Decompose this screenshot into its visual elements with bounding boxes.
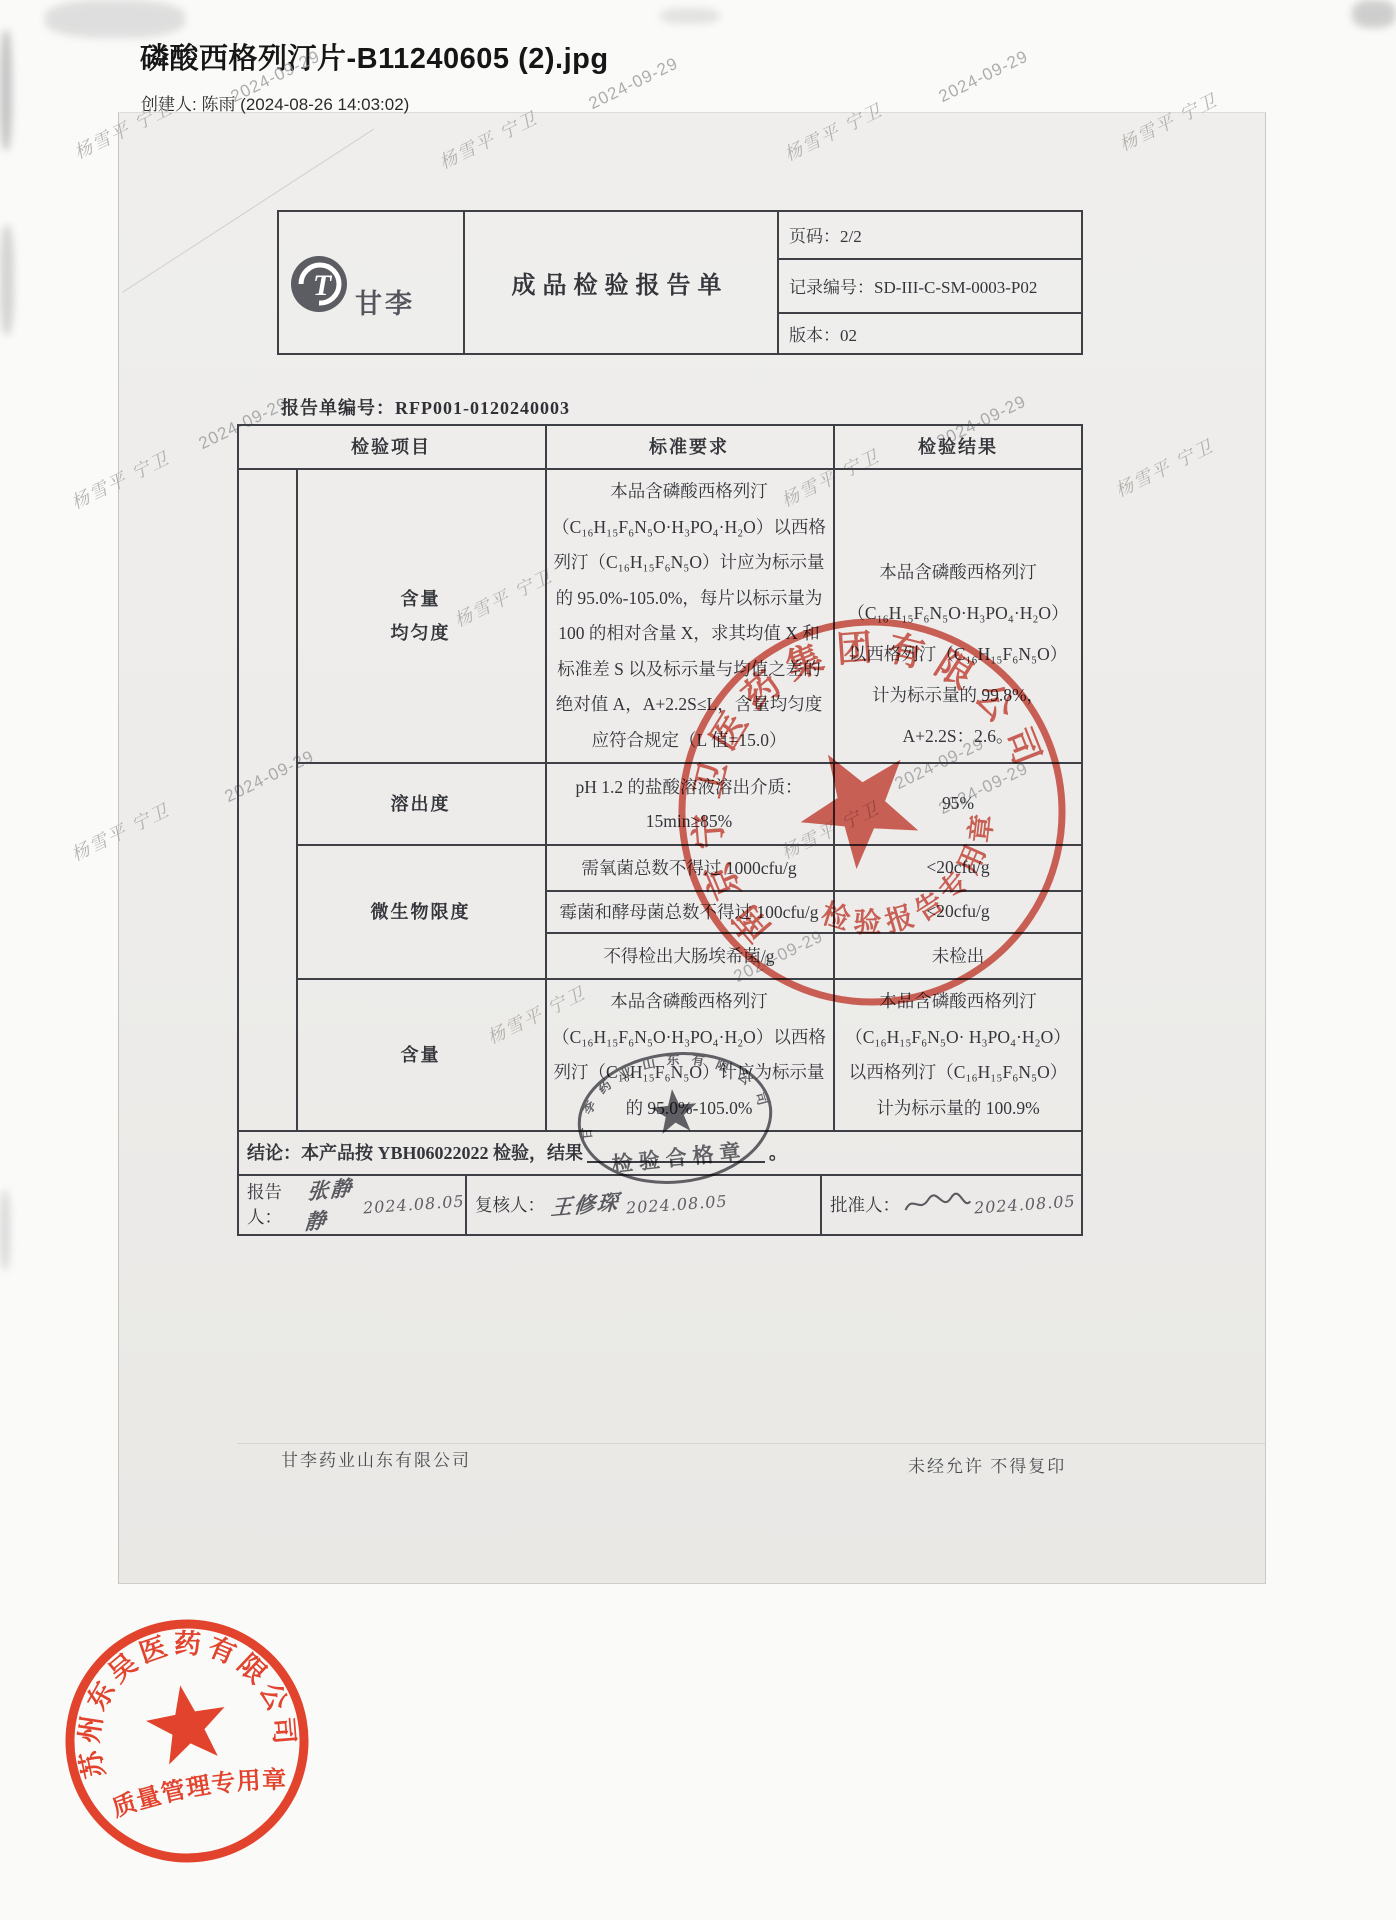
item-dissolution: 溶出度 bbox=[296, 762, 545, 844]
reviewer-date: 2024.08.05 bbox=[625, 1191, 728, 1217]
approver-label: 批准人： bbox=[830, 1192, 900, 1217]
scan-smudge bbox=[0, 1190, 10, 1270]
svg-text:苏州东吴医药有限公司: 苏州东吴医药有限公司 bbox=[56, 1610, 302, 1786]
conclusion-text: 结论：本产品按 YBH06022022 检验，结果 bbox=[247, 1139, 583, 1165]
scan-smudge bbox=[1352, 0, 1396, 28]
approver-date: 2024.08.05 bbox=[973, 1191, 1076, 1217]
approver-cell: 批准人： 2024.08.05 bbox=[820, 1174, 1083, 1234]
scan-smudge bbox=[0, 30, 12, 150]
standard-mold-yeast: 霉菌和酵母菌总数不得过 100cfu/g bbox=[545, 890, 833, 932]
standard-aerobic: 需氧菌总数不得过 1000cfu/g bbox=[545, 844, 833, 890]
footer-notice: 未经允许 不得复印 bbox=[908, 1452, 1066, 1477]
item-assay: 含量 bbox=[296, 978, 545, 1130]
svg-text:T: T bbox=[313, 269, 333, 302]
reporter-date: 2024.08.05 bbox=[363, 1191, 466, 1217]
result-assay: 本品含磷酸西格列汀 （C₁₆H₁₅F₆N₅O· H₃PO₄·H₂O） 以西格列汀… bbox=[833, 978, 1083, 1130]
result-dissolution: 95% bbox=[833, 762, 1083, 844]
ganli-logo-icon: T bbox=[289, 254, 349, 314]
version-number: 版本：02 bbox=[777, 312, 1083, 355]
standard-assay: 本品含磷酸西格列汀 （C₁₆H₁₅F₆N₅O·H₃PO₄·H₂O）以西格 列汀（… bbox=[545, 978, 833, 1130]
approver-signature bbox=[902, 1189, 972, 1219]
file-title: 磷酸西格列汀片-B11240605 (2).jpg bbox=[140, 36, 609, 77]
standard-ecoli: 不得检出大肠埃希菌/g bbox=[545, 932, 833, 978]
reporter-label: 报告人： bbox=[247, 1179, 300, 1229]
page-number: 页码：2/2 bbox=[777, 210, 1083, 258]
file-creator-line: 创建人: 陈雨 (2024-08-26 14:03:02) bbox=[141, 90, 409, 115]
reviewer-label: 复核人： bbox=[475, 1192, 545, 1217]
standard-content-uniformity: 本品含磷酸西格列汀 （C₁₆H₁₅F₆N₅O·H₃PO₄·H₂O）以西格 列汀（… bbox=[545, 468, 833, 762]
scan-smudge bbox=[0, 225, 14, 335]
item-microbial: 微生物限度 bbox=[296, 844, 545, 978]
quality-management-stamp: 苏州东吴医药有限公司 质量管理专用章 bbox=[52, 1606, 322, 1876]
scan-smudge bbox=[660, 8, 720, 24]
record-number: 记录编号：SD-III-C-SM-0003-P02 bbox=[777, 258, 1083, 312]
logo-text: 甘李 bbox=[355, 282, 415, 321]
logo-cell: T 甘李 bbox=[277, 210, 463, 355]
standard-dissolution: pH 1.2 的盐酸溶液溶出介质： 15min≥85% bbox=[545, 762, 833, 844]
report-number: 报告单编号：RFP001-0120240003 bbox=[281, 394, 570, 420]
footer-company: 甘李药业山东有限公司 bbox=[281, 1446, 471, 1471]
reporter-signature: 张静静 bbox=[303, 1171, 360, 1236]
reviewer-cell: 复核人： 王修琛 2024.08.05 bbox=[465, 1174, 820, 1234]
svg-text:质量管理专用章: 质量管理专用章 bbox=[107, 1757, 291, 1824]
doc-title: 成品检验报告单 bbox=[463, 210, 777, 355]
inspection-table: 检验项目 标准要求 检验结果 含量 均匀度 本品含磷酸西格列汀 （C₁₆H₁₅F… bbox=[237, 424, 1083, 1236]
conclusion-blank-line bbox=[587, 1141, 765, 1163]
col-header-result: 检验结果 bbox=[833, 424, 1083, 468]
item-content-uniformity: 含量 均匀度 bbox=[296, 468, 545, 762]
doc-header-table: T 甘李 成品检验报告单 页码：2/2 记录编号：SD-III-C-SM-000… bbox=[277, 210, 1083, 355]
col-header-item: 检验项目 bbox=[237, 424, 545, 468]
scan-smudge bbox=[45, 0, 185, 38]
reporter-cell: 报告人： 张静静 2024.08.05 bbox=[237, 1174, 465, 1234]
watermark-date: 2024-09-29 bbox=[936, 47, 1032, 107]
paper-crease bbox=[237, 1443, 1265, 1444]
col-header-standard: 标准要求 bbox=[545, 424, 833, 468]
reviewer-signature: 王修琛 bbox=[550, 1186, 621, 1222]
result-mold-yeast: <20cfu/g bbox=[833, 890, 1083, 932]
result-content-uniformity: 本品含磷酸西格列汀 （C₁₆H₁₅F₆N₅O·H₃PO₄·H₂O） 以西格列汀（… bbox=[833, 468, 1083, 762]
conclusion-row: 结论：本产品按 YBH06022022 检验，结果 。 bbox=[237, 1130, 1083, 1174]
result-aerobic: <20cfu/g bbox=[833, 844, 1083, 890]
result-ecoli: 未检出 bbox=[833, 932, 1083, 978]
